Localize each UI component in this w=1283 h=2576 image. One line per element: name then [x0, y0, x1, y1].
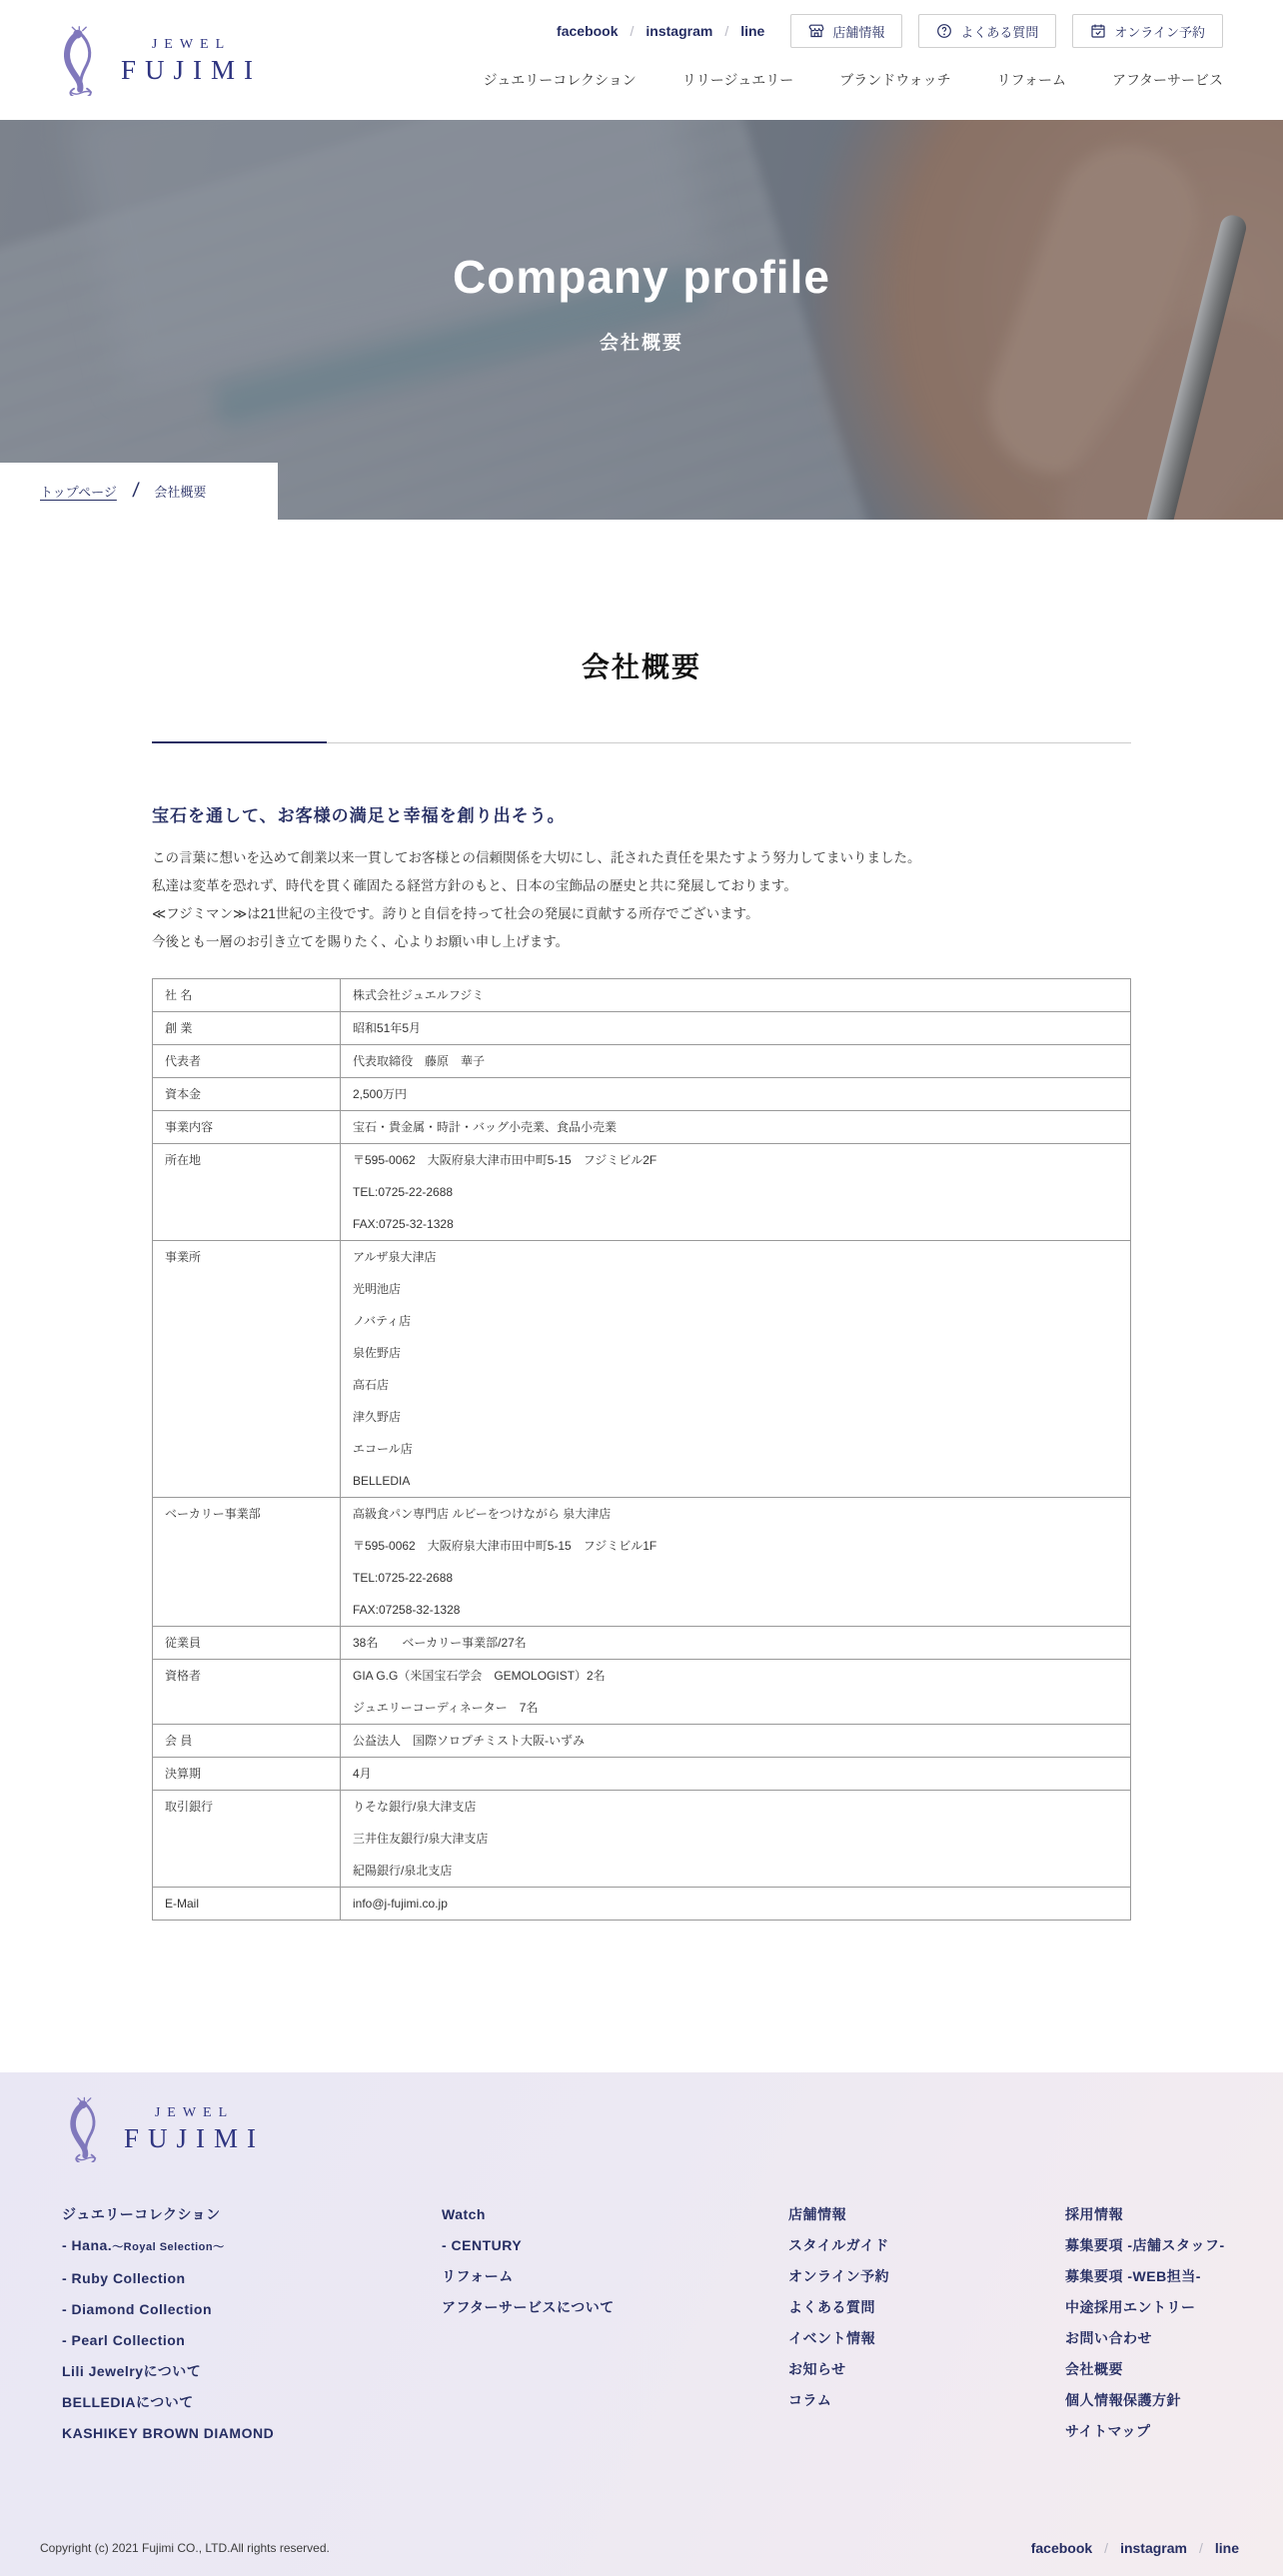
- footer-link[interactable]: 個人情報保護方針: [1065, 2392, 1239, 2408]
- heading-divider: [152, 741, 1131, 743]
- table-value-line: エコール店: [353, 1441, 1118, 1457]
- table-value-line: りそな銀行/泉大津支店: [353, 1799, 1118, 1815]
- table-value-line: 光明池店: [353, 1281, 1118, 1297]
- slash-separator: /: [1199, 2540, 1203, 2556]
- table-value-line: 紀陽銀行/泉北支店: [353, 1863, 1118, 1879]
- table-value-line: FAX:0725-32-1328: [353, 1216, 1118, 1232]
- table-value-line: info@j-fujimi.co.jp: [353, 1896, 1118, 1912]
- table-value-line: ジュエリーコーディネーター 7名: [353, 1700, 1118, 1716]
- social-link-facebook[interactable]: facebook: [1031, 2540, 1092, 2556]
- table-value-line: 株式会社ジュエルフジミ: [353, 987, 1118, 1003]
- table-value: 株式会社ジュエルフジミ: [341, 979, 1131, 1012]
- breadcrumb-separator: /: [131, 480, 140, 503]
- table-row: 事業内容宝石・貴金属・時計・バッグ小売業、食品小売業: [153, 1111, 1131, 1144]
- intro-paragraph-line: 私達は変革を恐れず、時代を貫く確固たる経営方針のもと、日本の宝飾品の歴史と共に発…: [152, 872, 1131, 900]
- table-label: 資本金: [153, 1078, 341, 1111]
- breadcrumb-home-link[interactable]: トップページ: [40, 482, 117, 501]
- footer-link-columns: ジュエリーコレクション- Hana.～Royal Selection～- Rub…: [62, 2206, 1239, 2456]
- table-label: 資格者: [153, 1660, 341, 1725]
- footer-link[interactable]: Lili Jewelryについて: [62, 2363, 442, 2379]
- table-value-line: 三井住友銀行/泉大津支店: [353, 1831, 1118, 1847]
- peacock-logo-icon: [55, 26, 107, 96]
- table-row: 創 業昭和51年5月: [153, 1012, 1131, 1045]
- table-value-line: TEL:0725-22-2688: [353, 1570, 1118, 1586]
- footer-link[interactable]: - CENTURY: [442, 2237, 788, 2253]
- slash-separator: /: [724, 23, 728, 39]
- table-row: 従業員38名 ベーカリー事業部/27名: [153, 1627, 1131, 1660]
- table-value-line: 2,500万円: [353, 1086, 1118, 1102]
- breadcrumb-current: 会社概要: [154, 482, 206, 501]
- table-label: 所在地: [153, 1144, 341, 1241]
- slash-separator: /: [1104, 2540, 1108, 2556]
- question-circle-icon: [936, 23, 952, 39]
- footer-link[interactable]: よくある質問: [788, 2299, 1065, 2315]
- table-row: ベーカリー事業部高級食パン専門店 ルビーをつけながら 泉大津店〒595-0062…: [153, 1498, 1131, 1627]
- table-label: 事業内容: [153, 1111, 341, 1144]
- site-footer: JEWEL FUJIMI ジュエリーコレクション- Hana.～Royal Se…: [0, 2072, 1283, 2576]
- footer-link[interactable]: KASHIKEY BROWN DIAMOND: [62, 2425, 442, 2441]
- table-value-line: BELLEDIA: [353, 1473, 1118, 1489]
- table-value-line: 公益法人 国際ソロプチミスト大阪-いずみ: [353, 1733, 1118, 1749]
- table-row: 社 名株式会社ジュエルフジミ: [153, 979, 1131, 1012]
- footer-column-title[interactable]: Watch: [442, 2206, 788, 2222]
- table-label: ベーカリー事業部: [153, 1498, 341, 1627]
- faq-button[interactable]: よくある質問: [918, 14, 1056, 48]
- logo-text-jewel: JEWEL: [155, 2105, 234, 2121]
- nav-item[interactable]: ジュエリーコレクション: [484, 70, 637, 90]
- table-row: 取引銀行りそな銀行/泉大津支店三井住友銀行/泉大津支店紀陽銀行/泉北支店: [153, 1791, 1131, 1888]
- footer-link[interactable]: お問い合わせ: [1065, 2330, 1239, 2346]
- footer-link[interactable]: - Diamond Collection: [62, 2301, 442, 2317]
- hero-title: Company profile: [453, 250, 830, 304]
- nav-item[interactable]: ブランドウォッチ: [839, 70, 950, 90]
- logo-text-fujimi: FUJIMI: [124, 2123, 265, 2154]
- peacock-logo-icon: [62, 2096, 110, 2162]
- table-value-line: 高石店: [353, 1377, 1118, 1393]
- table-label: 決算期: [153, 1758, 341, 1791]
- footer-social-links: facebook/instagram/line: [1031, 2540, 1239, 2556]
- footer-link[interactable]: リフォーム: [442, 2268, 788, 2284]
- table-value-line: 泉佐野店: [353, 1345, 1118, 1361]
- social-link-line[interactable]: line: [740, 23, 764, 39]
- footer-link[interactable]: オンライン予約: [788, 2268, 1065, 2284]
- storefront-icon: [808, 23, 824, 39]
- footer-logo[interactable]: JEWEL FUJIMI: [62, 2096, 1239, 2162]
- table-value-line: 代表取締役 藤原 華子: [353, 1053, 1118, 1069]
- nav-item[interactable]: リリージュエリー: [682, 70, 793, 90]
- table-value-line: 津久野店: [353, 1409, 1118, 1425]
- logo-text-jewel: JEWEL: [152, 37, 231, 53]
- footer-link[interactable]: イベント情報: [788, 2330, 1065, 2346]
- footer-column-title[interactable]: 店舗情報: [788, 2206, 1065, 2222]
- table-value: info@j-fujimi.co.jp: [341, 1888, 1131, 1921]
- footer-link[interactable]: - Ruby Collection: [62, 2270, 442, 2286]
- nav-item[interactable]: アフターサービス: [1112, 70, 1223, 90]
- hero-subtitle: 会社概要: [600, 328, 683, 355]
- table-label: 代表者: [153, 1045, 341, 1078]
- footer-link[interactable]: アフターサービスについて: [442, 2299, 788, 2315]
- social-link-instagram[interactable]: instagram: [1120, 2540, 1187, 2556]
- main-nav: ジュエリーコレクションリリージュエリーブランドウォッチリフォームアフターサービス: [484, 70, 1223, 90]
- table-row: 所在地〒595-0062 大阪府泉大津市田中町5-15 フジミビル2FTEL:0…: [153, 1144, 1131, 1241]
- table-label: 事業所: [153, 1241, 341, 1498]
- header-buttons: 店舗情報よくある質問オンライン予約: [790, 14, 1223, 48]
- table-value: 宝石・貴金属・時計・バッグ小売業、食品小売業: [341, 1111, 1131, 1144]
- table-value-line: GIA G.G（米国宝石学会 GEMOLOGIST）2名: [353, 1668, 1118, 1684]
- button-label: 店舗情報: [832, 22, 884, 41]
- table-value-line: FAX:07258-32-1328: [353, 1602, 1118, 1618]
- footer-link[interactable]: - Pearl Collection: [62, 2332, 442, 2348]
- table-value-line: ノバティ店: [353, 1313, 1118, 1329]
- footer-link[interactable]: スタイルガイド: [788, 2237, 1065, 2253]
- table-value: GIA G.G（米国宝石学会 GEMOLOGIST）2名ジュエリーコーディネータ…: [341, 1660, 1131, 1725]
- table-row: 資格者GIA G.G（米国宝石学会 GEMOLOGIST）2名ジュエリーコーディ…: [153, 1660, 1131, 1725]
- table-label: 取引銀行: [153, 1791, 341, 1888]
- header-social-links: facebook/instagram/line: [557, 23, 764, 39]
- site-logo[interactable]: JEWEL FUJIMI: [55, 26, 262, 96]
- footer-link[interactable]: 中途採用エントリー: [1065, 2299, 1239, 2315]
- footer-link-suffix: ～Royal Selection～: [112, 2241, 224, 2253]
- nav-item[interactable]: リフォーム: [997, 70, 1066, 90]
- footer-column-title[interactable]: 採用情報: [1065, 2206, 1239, 2222]
- table-value-line: 4月: [353, 1766, 1118, 1782]
- table-row: 代表者代表取締役 藤原 華子: [153, 1045, 1131, 1078]
- table-value-line: 宝石・貴金属・時計・バッグ小売業、食品小売業: [353, 1119, 1118, 1135]
- intro-paragraph-line: ≪フジミマン≫は21世紀の主役です。誇りと自信を持って社会の発展に貢献する所存で…: [152, 900, 1131, 928]
- footer-link[interactable]: 募集要項 -WEB担当-: [1065, 2268, 1239, 2284]
- social-link-line[interactable]: line: [1215, 2540, 1239, 2556]
- store-info-button[interactable]: 店舗情報: [790, 14, 902, 48]
- table-label: E-Mail: [153, 1888, 341, 1921]
- table-value-line: TEL:0725-22-2688: [353, 1184, 1118, 1200]
- footer-column: 採用情報募集要項 -店舗スタッフ-募集要項 -WEB担当-中途採用エントリーお問…: [1065, 2206, 1239, 2456]
- table-value: 4月: [341, 1758, 1131, 1791]
- table-row: E-Mailinfo@j-fujimi.co.jp: [153, 1888, 1131, 1921]
- intro-paragraph-line: この言葉に想いを込めて創業以来一貫してお客様との信頼関係を大切にし、託された責任…: [152, 844, 1131, 872]
- table-value: 公益法人 国際ソロプチミスト大阪-いずみ: [341, 1725, 1131, 1758]
- table-label: 従業員: [153, 1627, 341, 1660]
- button-label: オンライン予約: [1114, 22, 1205, 41]
- table-value: 2,500万円: [341, 1078, 1131, 1111]
- table-value-line: 昭和51年5月: [353, 1020, 1118, 1036]
- footer-column: 店舗情報スタイルガイドオンライン予約よくある質問イベント情報お知らせコラム: [788, 2206, 1065, 2456]
- table-row: 資本金2,500万円: [153, 1078, 1131, 1111]
- company-info-table: 社 名株式会社ジュエルフジミ創 業昭和51年5月代表者代表取締役 藤原 華子資本…: [152, 978, 1131, 1921]
- table-value: 〒595-0062 大阪府泉大津市田中町5-15 フジミビル2FTEL:0725…: [341, 1144, 1131, 1241]
- footer-link[interactable]: 募集要項 -店舗スタッフ-: [1065, 2237, 1239, 2253]
- company-profile-section: 会社概要 宝石を通して、お客様の満足と幸福を創り出そう。 この言葉に想いを込めて…: [0, 520, 1283, 2072]
- table-label: 会 員: [153, 1725, 341, 1758]
- table-row: 事業所アルザ泉大津店光明池店ノバティ店泉佐野店高石店津久野店エコール店BELLE…: [153, 1241, 1131, 1498]
- table-value: 38名 ベーカリー事業部/27名: [341, 1627, 1131, 1660]
- button-label: よくある質問: [960, 22, 1038, 41]
- table-value-line: 38名 ベーカリー事業部/27名: [353, 1635, 1118, 1651]
- social-link-instagram[interactable]: instagram: [645, 23, 712, 39]
- site-header: JEWEL FUJIMI facebook/instagram/line 店舗情…: [0, 0, 1283, 120]
- slash-separator: /: [631, 23, 635, 39]
- table-value: 昭和51年5月: [341, 1012, 1131, 1045]
- hero-banner: Company profile 会社概要 トップページ / 会社概要: [0, 120, 1283, 520]
- footer-link[interactable]: BELLEDIAについて: [62, 2394, 442, 2410]
- copyright: Copyright (c) 2021 Fujimi CO., LTD.All r…: [40, 2541, 330, 2555]
- intro-paragraph-line: 今後とも一層のお引き立てを賜りたく、心よりお願い申し上げます。: [152, 928, 1131, 956]
- footer-link[interactable]: コラム: [788, 2392, 1065, 2408]
- table-value-line: 高級食パン専門店 ルビーをつけながら 泉大津店: [353, 1506, 1118, 1522]
- table-value: アルザ泉大津店光明池店ノバティ店泉佐野店高石店津久野店エコール店BELLEDIA: [341, 1241, 1131, 1498]
- table-row: 決算期4月: [153, 1758, 1131, 1791]
- table-value-line: 〒595-0062 大阪府泉大津市田中町5-15 フジミビル2F: [353, 1152, 1118, 1168]
- footer-link[interactable]: サイトマップ: [1065, 2423, 1239, 2439]
- logo-text-fujimi: FUJIMI: [121, 55, 262, 86]
- table-row: 会 員公益法人 国際ソロプチミスト大阪-いずみ: [153, 1725, 1131, 1758]
- footer-link[interactable]: 会社概要: [1065, 2361, 1239, 2377]
- online-reservation-button[interactable]: オンライン予約: [1072, 14, 1223, 48]
- calendar-icon: [1090, 23, 1106, 39]
- social-link-facebook[interactable]: facebook: [557, 23, 618, 39]
- footer-link[interactable]: お知らせ: [788, 2361, 1065, 2377]
- breadcrumb: トップページ / 会社概要: [0, 463, 278, 520]
- footer-column: Watch- CENTURYリフォームアフターサービスについて: [442, 2206, 788, 2456]
- intro-paragraph: この言葉に想いを込めて創業以来一貫してお客様との信頼関係を大切にし、託された責任…: [152, 844, 1131, 956]
- table-value: 代表取締役 藤原 華子: [341, 1045, 1131, 1078]
- table-value: りそな銀行/泉大津支店三井住友銀行/泉大津支店紀陽銀行/泉北支店: [341, 1791, 1131, 1888]
- page-title: 会社概要: [152, 645, 1131, 685]
- table-value-line: 〒595-0062 大阪府泉大津市田中町5-15 フジミビル1F: [353, 1538, 1118, 1554]
- table-value-line: アルザ泉大津店: [353, 1249, 1118, 1265]
- footer-column-title[interactable]: ジュエリーコレクション: [62, 2206, 442, 2222]
- table-label: 社 名: [153, 979, 341, 1012]
- footer-column: ジュエリーコレクション- Hana.～Royal Selection～- Rub…: [62, 2206, 442, 2456]
- table-value: 高級食パン専門店 ルビーをつけながら 泉大津店〒595-0062 大阪府泉大津市…: [341, 1498, 1131, 1627]
- table-label: 創 業: [153, 1012, 341, 1045]
- company-motto: 宝石を通して、お客様の満足と幸福を創り出そう。: [152, 801, 1131, 826]
- footer-link[interactable]: - Hana.～Royal Selection～: [62, 2237, 442, 2255]
